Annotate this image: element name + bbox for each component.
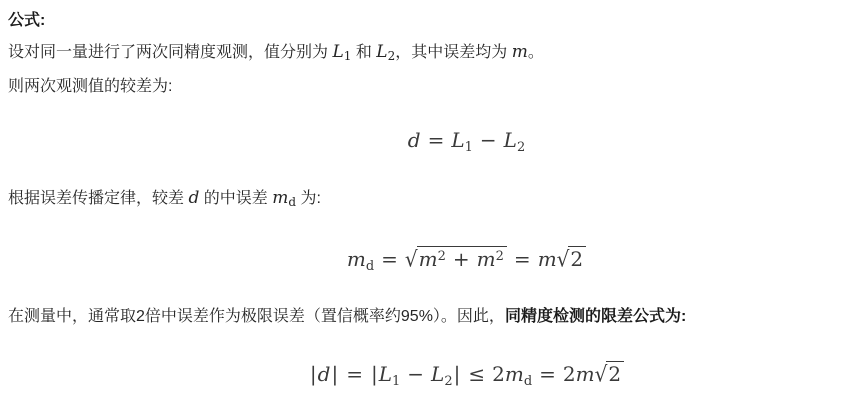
- section-heading-text: 公式:: [8, 12, 45, 29]
- sqrt-symbol: √: [405, 237, 418, 280]
- math-subscript: d: [288, 195, 296, 209]
- math-variable-L1: L: [451, 128, 464, 152]
- text-run: 的中误差: [199, 190, 272, 207]
- math-variable-L2: L: [376, 42, 387, 62]
- sqrt-symbol: √: [595, 355, 608, 394]
- math-number: 2: [492, 362, 505, 386]
- formula-document: 公式: 设对同一量进行了两次同精度观测，值分别为 L1 和 L2，其中误差均为 …: [0, 0, 865, 392]
- math-number: 2: [570, 247, 583, 271]
- math-variable-md: m: [505, 362, 524, 386]
- leq-sign: ≤: [468, 362, 485, 386]
- math-variable-m: m: [419, 247, 438, 271]
- bold-conclusion-text: 同精度检测的限差公式为:: [505, 308, 686, 325]
- math-variable-m: m: [512, 42, 528, 62]
- formula-difference: d=L1−L2: [8, 125, 857, 155]
- math-variable-d: d: [408, 128, 421, 152]
- math-variable-L2: L: [431, 362, 444, 386]
- text-run: 在测量中，通常取2倍中误差作为极限误差（置信概率约95%）。因此，: [8, 308, 505, 325]
- equals-sign: =: [428, 128, 445, 152]
- formula-md: md=√m2+m2=m√2: [8, 239, 857, 279]
- minus-sign: −: [480, 128, 497, 152]
- math-variable-d: d: [188, 188, 199, 208]
- minus-sign: −: [407, 362, 424, 386]
- abs-bar: |: [370, 362, 379, 386]
- text-run: 设对同一量进行了两次同精度观测，值分别为: [8, 44, 332, 61]
- math-number: 2: [608, 362, 621, 386]
- math-variable-L1: L: [379, 362, 392, 386]
- math-variable-m: m: [538, 247, 557, 271]
- abs-bar: |: [453, 362, 462, 386]
- math-subscript: 2: [444, 374, 452, 389]
- radicand: 2: [606, 361, 624, 386]
- equals-sign: =: [539, 362, 556, 386]
- math-subscript: 2: [517, 140, 525, 155]
- text-run: 。: [528, 44, 544, 61]
- math-superscript: 2: [438, 249, 446, 264]
- abs-bar: |: [309, 362, 318, 386]
- section-heading: 公式:: [8, 9, 857, 32]
- radicand: 2: [568, 246, 586, 271]
- math-variable-md: m: [272, 188, 288, 208]
- text-run: 为:: [296, 190, 321, 207]
- math-variable-m: m: [576, 362, 595, 386]
- formula-limit: |d|=|L1−L2|≤2md=2m√2: [8, 356, 857, 392]
- paragraph-error-propagation: 根据误差传播定律，较差 d 的中误差 md 为:: [8, 186, 857, 211]
- math-variable-md: m: [347, 247, 366, 271]
- text-run: ，其中误差均为: [395, 44, 511, 61]
- math-variable-L1: L: [332, 42, 343, 62]
- math-superscript: 2: [496, 249, 504, 264]
- radicand: m2+m2: [417, 246, 507, 271]
- plus-sign: +: [453, 247, 470, 271]
- equals-sign: =: [346, 362, 363, 386]
- paragraph-difference-intro: 则两次观测值的较差为:: [8, 75, 857, 99]
- text-run: 则两次观测值的较差为:: [8, 78, 172, 95]
- math-subscript: 1: [465, 140, 473, 155]
- equals-sign: =: [381, 247, 398, 271]
- math-variable-m: m: [477, 247, 496, 271]
- math-variable-L2: L: [504, 128, 517, 152]
- text-run: 和: [351, 44, 376, 61]
- math-subscript: d: [366, 259, 374, 274]
- sqrt-symbol: √: [557, 237, 570, 280]
- paragraph-limit-rule: 在测量中，通常取2倍中误差作为极限误差（置信概率约95%）。因此，同精度检测的限…: [8, 305, 857, 329]
- math-subscript: 1: [392, 374, 400, 389]
- math-subscript: d: [524, 374, 532, 389]
- paragraph-setup: 设对同一量进行了两次同精度观测，值分别为 L1 和 L2，其中误差均为 m。: [8, 40, 857, 65]
- math-number: 2: [563, 362, 576, 386]
- math-variable-d: d: [318, 362, 331, 386]
- abs-bar: |: [330, 362, 339, 386]
- equals-sign: =: [514, 247, 531, 271]
- text-run: 根据误差传播定律，较差: [8, 190, 188, 207]
